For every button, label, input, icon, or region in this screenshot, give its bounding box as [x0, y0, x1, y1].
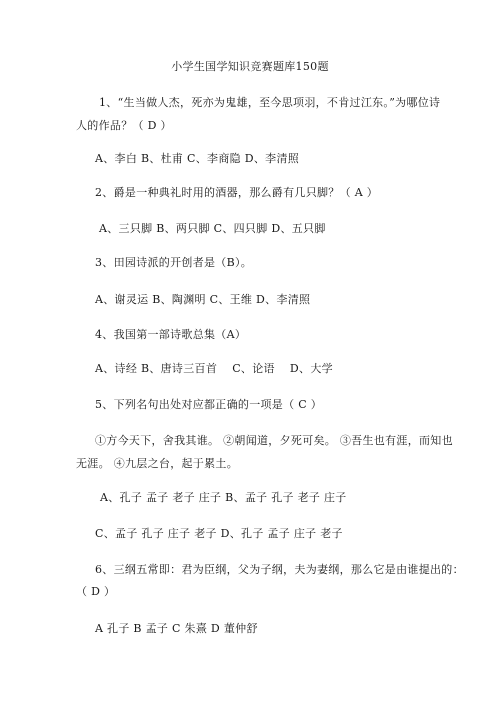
question-1-line-1: 1、“生当做人杰，死亦为鬼雄，至今思项羽，不肯过江东。”为哪位诗 [99, 96, 440, 110]
question-4-options: A、诗经 B、唐诗三百首 C、论语 D、大学 [95, 362, 333, 376]
question-6-options: A 孔子 B 孟子 C 朱熹 D 董仲舒 [95, 622, 258, 636]
question-3: 3、田园诗派的开创者是（B）。 [95, 256, 252, 270]
document-title: 小学生国学知识竞赛题库150题 [0, 60, 500, 74]
question-2: 2、爵是一种典礼时用的酒器，那么爵有几只脚？（ A ） [95, 186, 378, 200]
question-5-options-cd: C、孟子 孔子 庄子 老子 D、孔子 孟子 庄子 老子 [95, 527, 343, 541]
question-5-options-ab: A、孔子 孟子 老子 庄子 B、孟子 孔子 老子 庄子 [100, 491, 347, 505]
document-page: 小学生国学知识竞赛题库150题 1、“生当做人杰，死亦为鬼雄，至今思项羽，不肯过… [0, 0, 500, 707]
question-5-quotes-line-2: 无涯。 ④九层之台，起于累土。 [76, 457, 238, 471]
question-6-line-2: （ D ） [76, 585, 115, 599]
question-4: 4、我国第一部诗歌总集（A） [95, 328, 246, 342]
question-5: 5、下列名句出处对应都正确的一项是（ C ） [95, 398, 322, 412]
question-6-line-1: 6、三纲五常即：君为臣纲，父为子纲，夫为妻纲，那么它是由谁提出的： [95, 563, 464, 577]
question-1-options: A、李白 B、杜甫 C、李商隐 D、李清照 [95, 152, 299, 166]
question-3-options: A、谢灵运 B、陶渊明 C、王维 D、李清照 [95, 293, 310, 307]
question-5-quotes-line-1: ①方今天下，舍我其谁。 ②朝闻道，夕死可矣。 ③吾生也有涯，而知也 [95, 434, 453, 448]
question-2-options: A、三只脚 B、两只脚 C、四只脚 D、五只脚 [99, 222, 326, 236]
question-1-line-2: 人的作品？（ D ） [76, 119, 172, 133]
